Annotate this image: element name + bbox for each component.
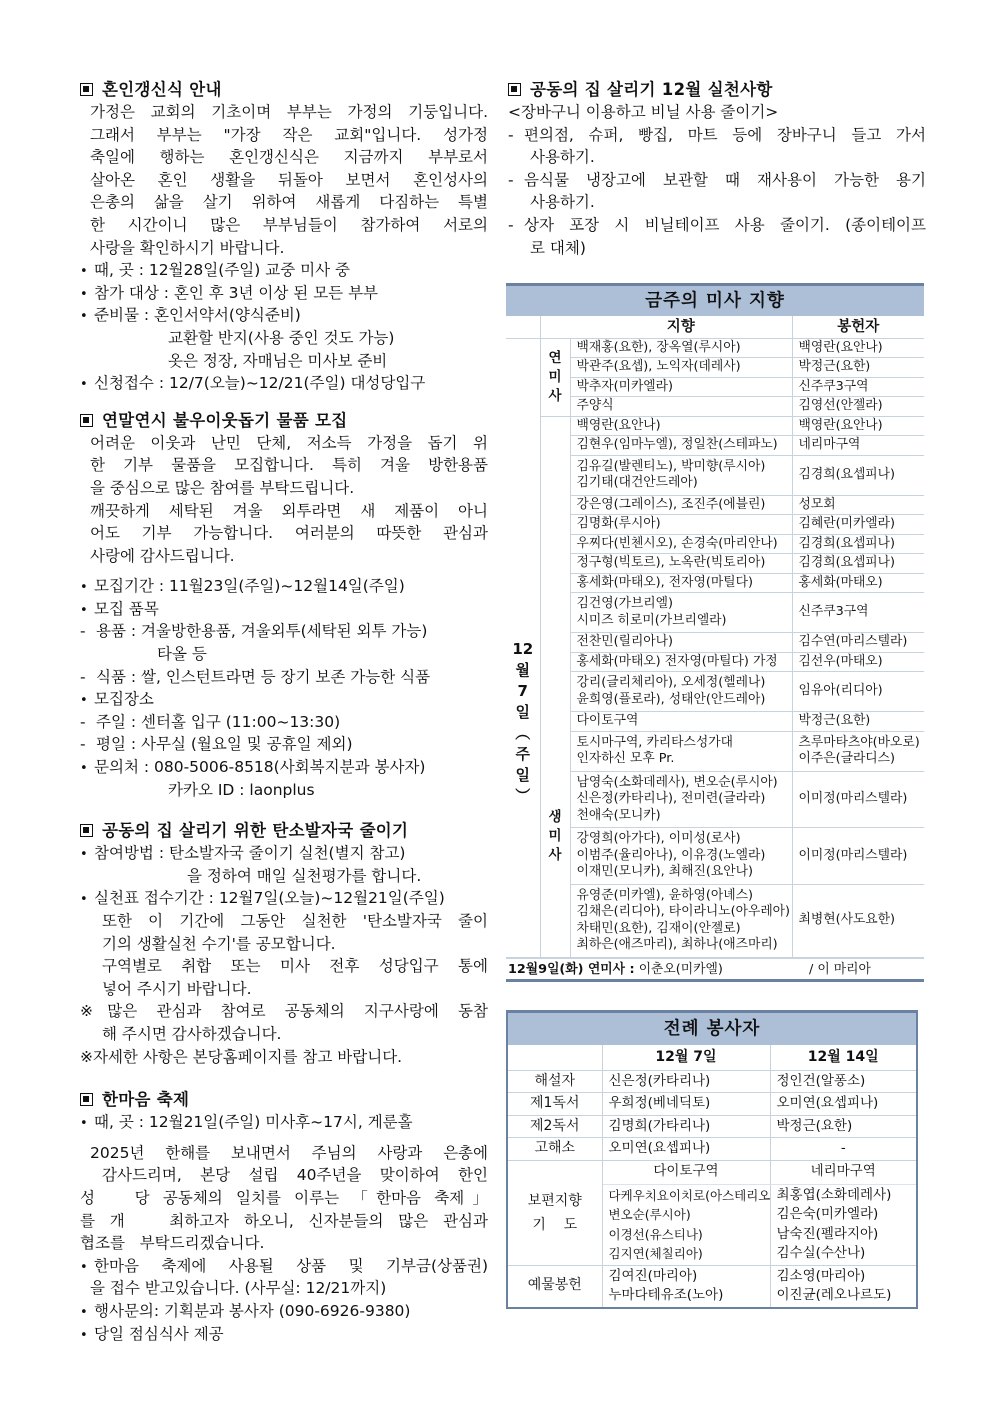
paragraph-line: 2025년 한해를 보내면서 주님의 사랑과 은총에 [80,1142,488,1165]
bullet-icon: • [80,1302,94,1323]
table-header-row: 12월 7일 12월 14일 [508,1045,916,1070]
bullet-item: •신청접수 : 12/7(오늘)~12/21(주일) 대성당입구 [80,372,488,395]
donor-cell: 임유아(리디아) [792,672,924,712]
bullet-item: •모집장소 [80,688,488,711]
bullet-item: •한마음 축제에 사용될 상품 및 기부금(상품권) [80,1255,488,1278]
intent-cell: 김유길(발렌티노), 박미향(루시아)김기태(대건안드레아) [570,455,792,495]
paragraph-line: 사랑에 감사드립니다. [80,545,488,568]
section-renewal-of-vows: 혼인갱신식 안내 가정은 교회의 기초이며 부부는 가정의 기둥입니다. 그래서… [80,78,488,395]
service-table: 12월 7일 12월 14일 해설자 신은정(카타리나) 정인건(알퐁소) 제1… [508,1045,916,1307]
donor-cell: 김경희(요셉피나) [792,554,924,574]
table-title: 전례 봉사자 [506,1010,918,1045]
bullet-item: •문의처 : 080-5006-8518(사회복지분과 봉사자) [80,756,488,779]
donor-cell: 김영선(안젤라) [792,397,924,417]
donor-cell: 이미정(마리스텔라) [792,771,924,828]
bullet-item: •모집기간 : 11월23일(주일)~12월14일(주일) [80,575,488,598]
table-row: 제2독서 김명희(가타리나) 박정근(요한) [508,1115,916,1138]
living-mass-label: 생미사 [540,416,570,957]
paragraph-line: 어려운 이웃과 난민 단체, 저소득 가정을 돕기 위 [80,432,488,455]
table-row: 12월7일︵주일︶연미사백재홍(요한), 장옥열(루시아)백영란(요안나) [506,338,924,358]
bullet-icon: • [80,600,94,621]
intent-cell: 백영란(요안나) [570,416,792,436]
dash-item: -용품 : 겨울방한용품, 겨울외투(세탁된 외투 가능) [80,620,488,643]
paragraph-line: 한 기부 물품을 모집합니다. 특히 겨울 방한용품 [80,454,488,477]
table-row: 생미사백영란(요안나)백영란(요안나) [506,416,924,436]
dash-item: -평일 : 사무실 (월요일 및 공휴일 제외) [80,733,488,756]
bullet-continuation: 을 정하여 매일 실천평가를 합니다. [80,865,488,888]
paragraph-line: 축일에 행하는 혼인갱신식은 지금까지 부부로서 [80,146,488,169]
table-header-row: 지향 봉헌자 [506,316,924,338]
liturgy-service-table: 전례 봉사자 12월 7일 12월 14일 해설자 신은정(카타리나) 정인건(… [506,1010,918,1309]
note-line: ※자세한 사항은 본당홈페이지를 참고 바랍니다. [80,1046,488,1069]
intent-cell: 정구형(빅토르), 노옥란(빅토리아) [570,554,792,574]
square-bullet-icon [80,824,93,837]
section-december-practice: 공동의 집 살리기 12월 실천사항 <장바구니 이용하고 비닐 사용 줄이기>… [508,78,926,259]
right-column: 공동의 집 살리기 12월 실천사항 <장바구니 이용하고 비닐 사용 줄이기>… [508,78,926,259]
column-header-donor: 봉헌자 [792,316,924,338]
donor-cell: 최병현(사도요한) [792,884,924,957]
section-title: 혼인갱신식 안내 [80,78,488,101]
subtitle: <장바구니 이용하고 비닐 사용 줄이기> [508,101,926,124]
square-bullet-icon [80,414,93,427]
paragraph-line: 살아온 혼인 생활을 뒤돌아 보면서 혼인성사의 [80,169,488,192]
paragraph-line: 은총의 삶을 살기 위하여 새롭게 다짐하는 특별 [80,191,488,214]
dash-continuation: 타올 등 [80,643,488,666]
intent-cell: 홍세화(마태오), 전자영(마틸다) [570,573,792,593]
bullet-item: •참가 대상 : 혼인 후 3년 이상 된 모든 부부 [80,282,488,305]
section-title: 한마음 축제 [80,1088,488,1111]
intent-cell: 백재홍(요한), 장옥열(루시아) [570,338,792,358]
intent-cell: 강영희(아가다), 이미성(로사)이범주(율리아나), 이유경(노엘라)이재민(… [570,828,792,885]
bullet-icon: • [80,306,94,327]
paragraph-line: 협조를 부탁드리겠습니다. [80,1232,488,1255]
donor-cell: 성모회 [792,495,924,515]
table-row: 해설자 신은정(카타리나) 정인건(알퐁소) [508,1070,916,1093]
section-charity-drive: 연말연시 불우이웃돕기 물품 모집 어려운 이웃과 난민 단체, 저소득 가정을… [80,409,488,802]
table-row-offering: 예물봉헌 김여진(마리아) 누마다테유조(노아) 김소영(마리아) 이진균(레오… [508,1265,916,1307]
donor-cell: 박정근(요한) [792,712,924,732]
paragraph-line: 또한 이 기간에 그동안 실천한 '탄소발자국 줄이 [80,910,488,933]
note-line: 해 주시면 감사하겠습니다. [80,1023,488,1046]
donor-cell: 츠루마타츠야(바오로)이주은(글라디스) [792,731,924,771]
bullet-item: •실천표 접수기간 : 12월7일(오늘)~12월21일(주일) [80,887,488,910]
table-row-prayer-groups: 보편지향기 도 다이토구역 네리마구역 [508,1160,916,1184]
dash-item: -식품 : 쌀, 인스턴트라면 등 장기 보존 가능한 식품 [80,666,488,689]
dash-item: -음식물 냉장고에 보관할 때 재사용이 가능한 용기 [508,169,926,192]
mass-table: 지향 봉헌자 12월7일︵주일︶연미사백재홍(요한), 장옥열(루시아)백영란(… [506,316,924,958]
intent-cell: 전찬민(릴리아나) [570,633,792,653]
donor-cell: 백영란(요안나) [792,338,924,358]
donor-cell: 백영란(요안나) [792,416,924,436]
paragraph-line: 깨끗하게 세탁된 겨울 외투라면 새 제품이 아니 [80,500,488,523]
intent-cell: 홍세화(마태오) 전자영(마틸다) 가정 [570,652,792,672]
dash-continuation: 로 대체) [508,237,926,260]
bullet-item: •당일 점심식사 제공 [80,1323,488,1346]
bullet-item: •때, 곳 : 12월21일(주일) 미사후~17시, 게룬홀 [80,1111,488,1134]
intent-cell: 다이토구역 [570,712,792,732]
dash-item: -상자 포장 시 비닐테이프 사용 줄이기. (종이테이프 [508,214,926,237]
dash-continuation: 사용하기. [508,146,926,169]
intent-cell: 토시마구역, 카리타스성가대인자하신 모후 Pr. [570,731,792,771]
table-title: 금주의 미사 지향 [506,283,924,316]
intent-cell: 강리(글리체리아), 오세정(헬레나)윤희영(플로라), 성태안(안드레아) [570,672,792,712]
donor-cell: 김경희(요셉피나) [792,534,924,554]
paragraph-line: 사랑을 확인하시기 바랍니다. [80,237,488,260]
paragraph-line: 어도 기부 가능합니다. 여러분의 따뜻한 관심과 [80,522,488,545]
section-festival: 한마음 축제 •때, 곳 : 12월21일(주일) 미사후~17시, 게룬홀 2… [80,1088,488,1345]
memorial-mass-label: 연미사 [540,338,570,416]
intent-cell: 박추자(미카엘라) [570,377,792,397]
donor-cell: 김혜란(미카엘라) [792,515,924,535]
paragraph-line: 한 시간이니 많은 부부님들이 참가하여 서로의 [80,214,488,237]
bullet-icon: • [80,1257,94,1278]
paragraph-line: 그래서 부부는 "가장 작은 교회"입니다. 성가정 [80,124,488,147]
intent-cell: 김건영(가브리엘)시미즈 히로미(가브리엘라) [570,593,792,633]
intent-cell: 강은영(그레이스), 조진주(에블린) [570,495,792,515]
paragraph-line: 기의 생활실천 수기'를 공모합니다. [80,933,488,956]
bullet-item: •모집 품목 [80,598,488,621]
donor-cell: 김선우(마태오) [792,652,924,672]
intent-cell: 유영준(미카엘), 윤하영(아녜스)김채은(리디아), 타이라니노(아우레아)차… [570,884,792,957]
paragraph-line: 넣어 주시기 바랍니다. [80,978,488,1001]
table-footer: 12월9일(화) 연미사 : 이춘오(미카엘) / 이 마리아 [506,958,924,982]
bullet-item: •준비물 : 혼인서약서(양식준비) [80,304,488,327]
mass-intention-table: 금주의 미사 지향 지향 봉헌자 12월7일︵주일︶연미사백재홍(요한), 장옥… [506,283,924,982]
intent-cell: 우찌다(빈첸시오), 손경숙(마리안나) [570,534,792,554]
table-row: 제1독서 우희정(베네딕토) 오미연(요셉피나) [508,1093,916,1116]
bullet-icon: • [80,374,94,395]
note-line: ※많은 관심과 참여로 공동체의 지구사랑에 동참 [80,1000,488,1023]
donor-cell: 신주쿠3구역 [792,377,924,397]
intent-cell: 김명화(루시아) [570,515,792,535]
paragraph-line: 가정은 교회의 기초이며 부부는 가정의 기둥입니다. [80,101,488,124]
intent-cell: 남영숙(소화데레사), 변오순(루시아)신은정(카타리나), 전미련(글라라)천… [570,771,792,828]
table-row: 고해소 오미연(요셉피나) - [508,1138,916,1161]
paragraph-line: 를 개 최하고자 하오니, 신자분들의 많은 관심과 [80,1210,488,1233]
paragraph-line: 감사드리며, 본당 설립 40주년을 맞이하여 한인 [80,1164,488,1187]
bullet-icon: • [80,1113,94,1134]
section-title: 연말연시 불우이웃돕기 물품 모집 [80,409,488,432]
bullet-icon: • [80,261,94,282]
bullet-item: •행사문의: 기획분과 봉사자 (090-6926-9380) [80,1300,488,1323]
bullet-icon: • [80,690,94,711]
donor-cell: 신주쿠3구역 [792,593,924,633]
bullet-icon: • [80,284,94,305]
square-bullet-icon [508,83,521,96]
section-title: 공동의 집 살리기 위한 탄소발자국 줄이기 [80,819,488,842]
square-bullet-icon [80,1093,93,1106]
paragraph-line: 을 중심으로 많은 참여를 부탁드립니다. [80,477,488,500]
bullet-icon: • [80,1325,94,1346]
intent-cell: 주양식 [570,397,792,417]
column-header-intent: 지향 [570,316,792,338]
donor-cell: 이미정(마리스텔라) [792,828,924,885]
kakao-id: 카카오 ID : laonplus [80,779,488,802]
section-title: 공동의 집 살리기 12월 실천사항 [508,78,926,101]
paragraph-line: 성 당 공동체의 일치를 이루는 「한마음 축제」 [80,1187,488,1210]
column-header-date1: 12월 7일 [602,1045,770,1070]
bullet-item: •때, 곳 : 12월28일(주일) 교중 미사 중 [80,259,488,282]
bullet-continuation: 교환할 반지(사용 중인 것도 가능) [80,327,488,350]
dash-continuation: 사용하기. [508,191,926,214]
bullet-continuation: 을 접수 받고있습니다. (사무실: 12/21까지) [80,1277,488,1300]
donor-cell: 김경희(요셉피나) [792,455,924,495]
paragraph-line: 구역별로 취합 또는 미사 전후 성당입구 통에 [80,955,488,978]
intent-cell: 박관주(요셉), 노익자(데레사) [570,358,792,378]
bullet-icon: • [80,889,94,910]
column-header-date2: 12월 14일 [770,1045,916,1070]
intent-cell: 김현우(임마누엘), 정일찬(스테파노) [570,436,792,456]
bullet-item: •참여방법 : 탄소발자국 줄이기 실천(별지 참고) [80,842,488,865]
section-carbon-footprint: 공동의 집 살리기 위한 탄소발자국 줄이기 •참여방법 : 탄소발자국 줄이기… [80,819,488,1068]
bullet-icon: • [80,758,94,779]
donor-cell: 홍세화(마태오) [792,573,924,593]
bullet-icon: • [80,844,94,865]
dash-item: -주일 : 센터홀 입구 (11:00~13:30) [80,711,488,734]
mass-date-label: 12월7일︵주일︶ [506,338,540,957]
left-column: 혼인갱신식 안내 가정은 교회의 기초이며 부부는 가정의 기둥입니다. 그래서… [80,78,488,1345]
donor-cell: 김수연(마리스텔라) [792,633,924,653]
bullet-icon: • [80,577,94,598]
bullet-continuation: 옷은 정장, 자매님은 미사보 준비 [80,350,488,373]
donor-cell: 박정근(요한) [792,358,924,378]
square-bullet-icon [80,83,93,96]
dash-item: -편의점, 슈퍼, 빵집, 마트 등에 장바구니 들고 가서 [508,124,926,147]
donor-cell: 네리마구역 [792,436,924,456]
